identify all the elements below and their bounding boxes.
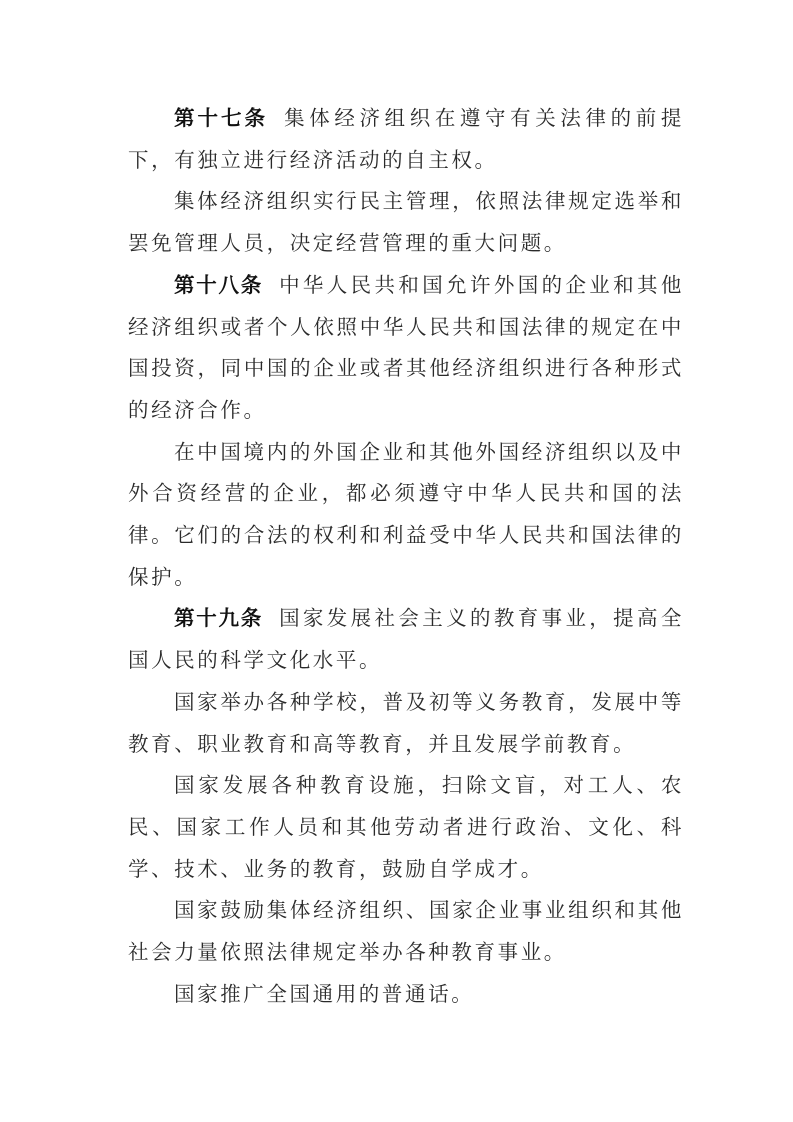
paragraph-text: 国家发展各种教育设施，扫除文盲，对工人、农民、国家工作人员和其他劳动者进行政治、… bbox=[128, 773, 684, 880]
article-19-paragraph-4: 国家鼓励集体经济组织、国家企业事业组织和其他社会力量依照法律规定举办各种教育事业… bbox=[128, 890, 684, 973]
article-17-paragraph: 第十七条集体经济组织在遵守有关法律的前提下，有独立进行经济活动的自主权。 bbox=[128, 98, 684, 181]
paragraph-text: 国家推广全国通用的普通话。 bbox=[174, 982, 474, 1006]
paragraph-text: 国家鼓励集体经济组织、国家企业事业组织和其他社会力量依照法律规定举办各种教育事业… bbox=[128, 898, 684, 964]
article-number: 第十七条 bbox=[174, 106, 268, 130]
article-18-paragraph-2: 在中国境内的外国企业和其他外国经济组织以及中外合资经营的企业，都必须遵守中华人民… bbox=[128, 432, 684, 599]
article-17-paragraph-2: 集体经济组织实行民主管理，依照法律规定选举和罢免管理人员，决定经营管理的重大问题… bbox=[128, 181, 684, 264]
article-18-paragraph: 第十八条中华人民共和国允许外国的企业和其他经济组织或者个人依照中华人民共和国法律… bbox=[128, 265, 684, 432]
paragraph-text: 集体经济组织实行民主管理，依照法律规定选举和罢免管理人员，决定经营管理的重大问题… bbox=[128, 189, 684, 255]
article-19-paragraph: 第十九条国家发展社会主义的教育事业，提高全国人民的科学文化水平。 bbox=[128, 598, 684, 681]
article-19-paragraph-5: 国家推广全国通用的普通话。 bbox=[128, 974, 684, 1016]
paragraph-text: 在中国境内的外国企业和其他外国经济组织以及中外合资经营的企业，都必须遵守中华人民… bbox=[128, 440, 684, 589]
paragraph-text: 国家举办各种学校，普及初等义务教育，发展中等教育、职业教育和高等教育，并且发展学… bbox=[128, 690, 684, 756]
article-number: 第十八条 bbox=[174, 273, 263, 297]
document-page: 第十七条集体经济组织在遵守有关法律的前提下，有独立进行经济活动的自主权。 集体经… bbox=[128, 98, 684, 1015]
article-19-paragraph-3: 国家发展各种教育设施，扫除文盲，对工人、农民、国家工作人员和其他劳动者进行政治、… bbox=[128, 765, 684, 890]
article-number: 第十九条 bbox=[174, 606, 263, 630]
article-19-paragraph-2: 国家举办各种学校，普及初等义务教育，发展中等教育、职业教育和高等教育，并且发展学… bbox=[128, 682, 684, 765]
